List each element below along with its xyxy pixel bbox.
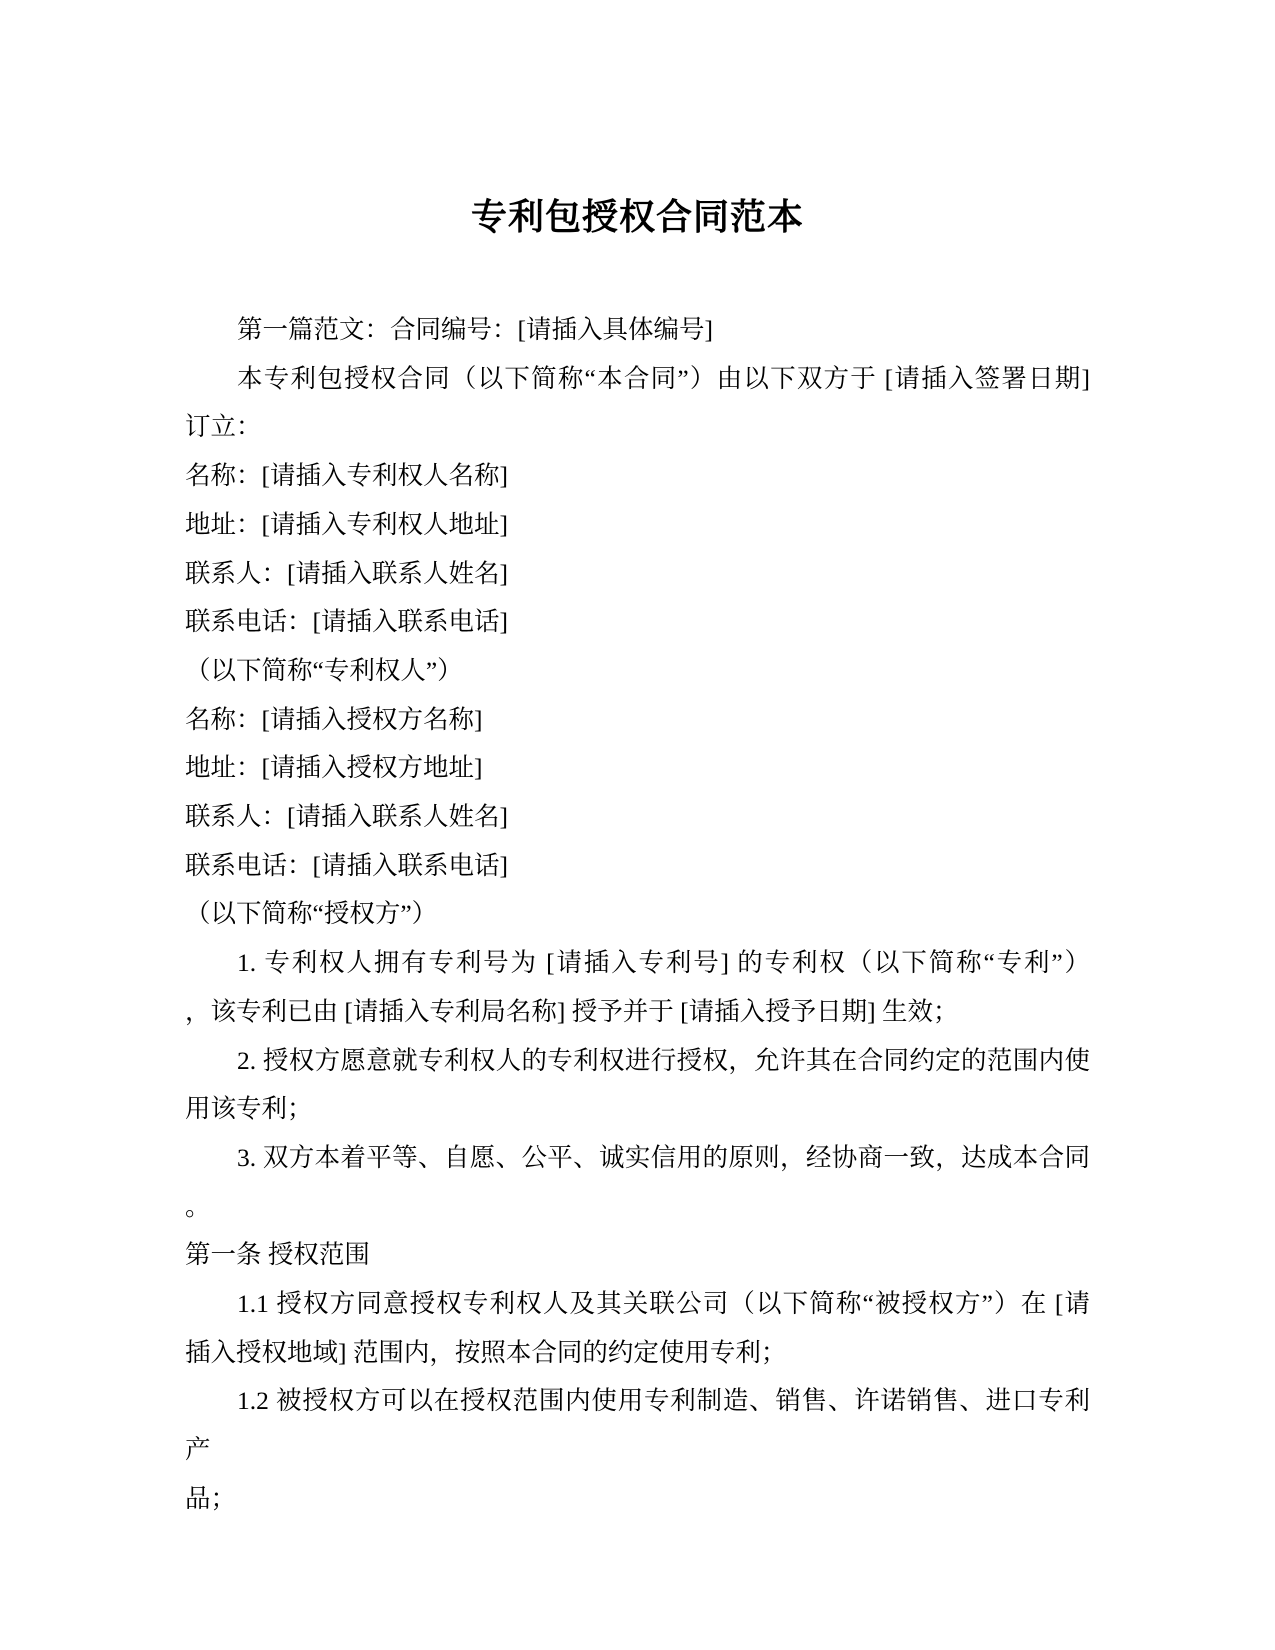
text-line: 1.2 被授权方可以在授权范围内使用专利制造、销售、许诺销售、进口专利产 (185, 1377, 1090, 1474)
text-line: 联系人：[请插入联系人姓名] (185, 793, 1090, 842)
text-line: 联系人：[请插入联系人姓名] (185, 550, 1090, 599)
text-line: 1. 专利权人拥有专利号为 [请插入专利号] 的专利权（以下简称“专利”） (185, 939, 1090, 988)
text-line: 3. 双方本着平等、自愿、公平、诚实信用的原则，经协商一致，达成本合同 (185, 1134, 1090, 1183)
document-title: 专利包授权合同范本 (0, 191, 1275, 243)
text-line: 用该专利； (185, 1085, 1090, 1134)
text-line: 2. 授权方愿意就专利权人的专利权进行授权，允许其在合同约定的范围内使 (185, 1037, 1090, 1086)
text-line: 插入授权地域] 范围内，按照本合同的约定使用专利； (185, 1329, 1090, 1378)
text-line: 第一篇范文：合同编号：[请插入具体编号] (185, 306, 1090, 355)
document-page: 专利包授权合同范本 第一篇范文：合同编号：[请插入具体编号]本专利包授权合同（以… (0, 0, 1275, 1650)
document-body: 第一篇范文：合同编号：[请插入具体编号]本专利包授权合同（以下简称“本合同”）由… (185, 306, 1090, 1524)
text-line: 地址：[请插入授权方地址] (185, 744, 1090, 793)
text-line: 本专利包授权合同（以下简称“本合同”）由以下双方于 [请插入签署日期] (185, 355, 1090, 404)
text-line: （以下简称“授权方”） (185, 890, 1090, 939)
text-line: 联系电话：[请插入联系电话] (185, 598, 1090, 647)
text-line: 订立： (185, 403, 1090, 452)
text-line: 名称：[请插入专利权人名称] (185, 452, 1090, 501)
text-line: 地址：[请插入专利权人地址] (185, 501, 1090, 550)
text-line: 第一条 授权范围 (185, 1231, 1090, 1280)
text-line: ，该专利已由 [请插入专利局名称] 授予并于 [请插入授予日期] 生效； (185, 988, 1090, 1037)
text-line: 名称：[请插入授权方名称] (185, 696, 1090, 745)
text-line: 。 (185, 1183, 1090, 1232)
text-line: （以下简称“专利权人”） (185, 647, 1090, 696)
text-line: 联系电话：[请插入联系电话] (185, 842, 1090, 891)
text-line: 1.1 授权方同意授权专利权人及其关联公司（以下简称“被授权方”）在 [请 (185, 1280, 1090, 1329)
text-line: 品； (185, 1475, 1090, 1524)
